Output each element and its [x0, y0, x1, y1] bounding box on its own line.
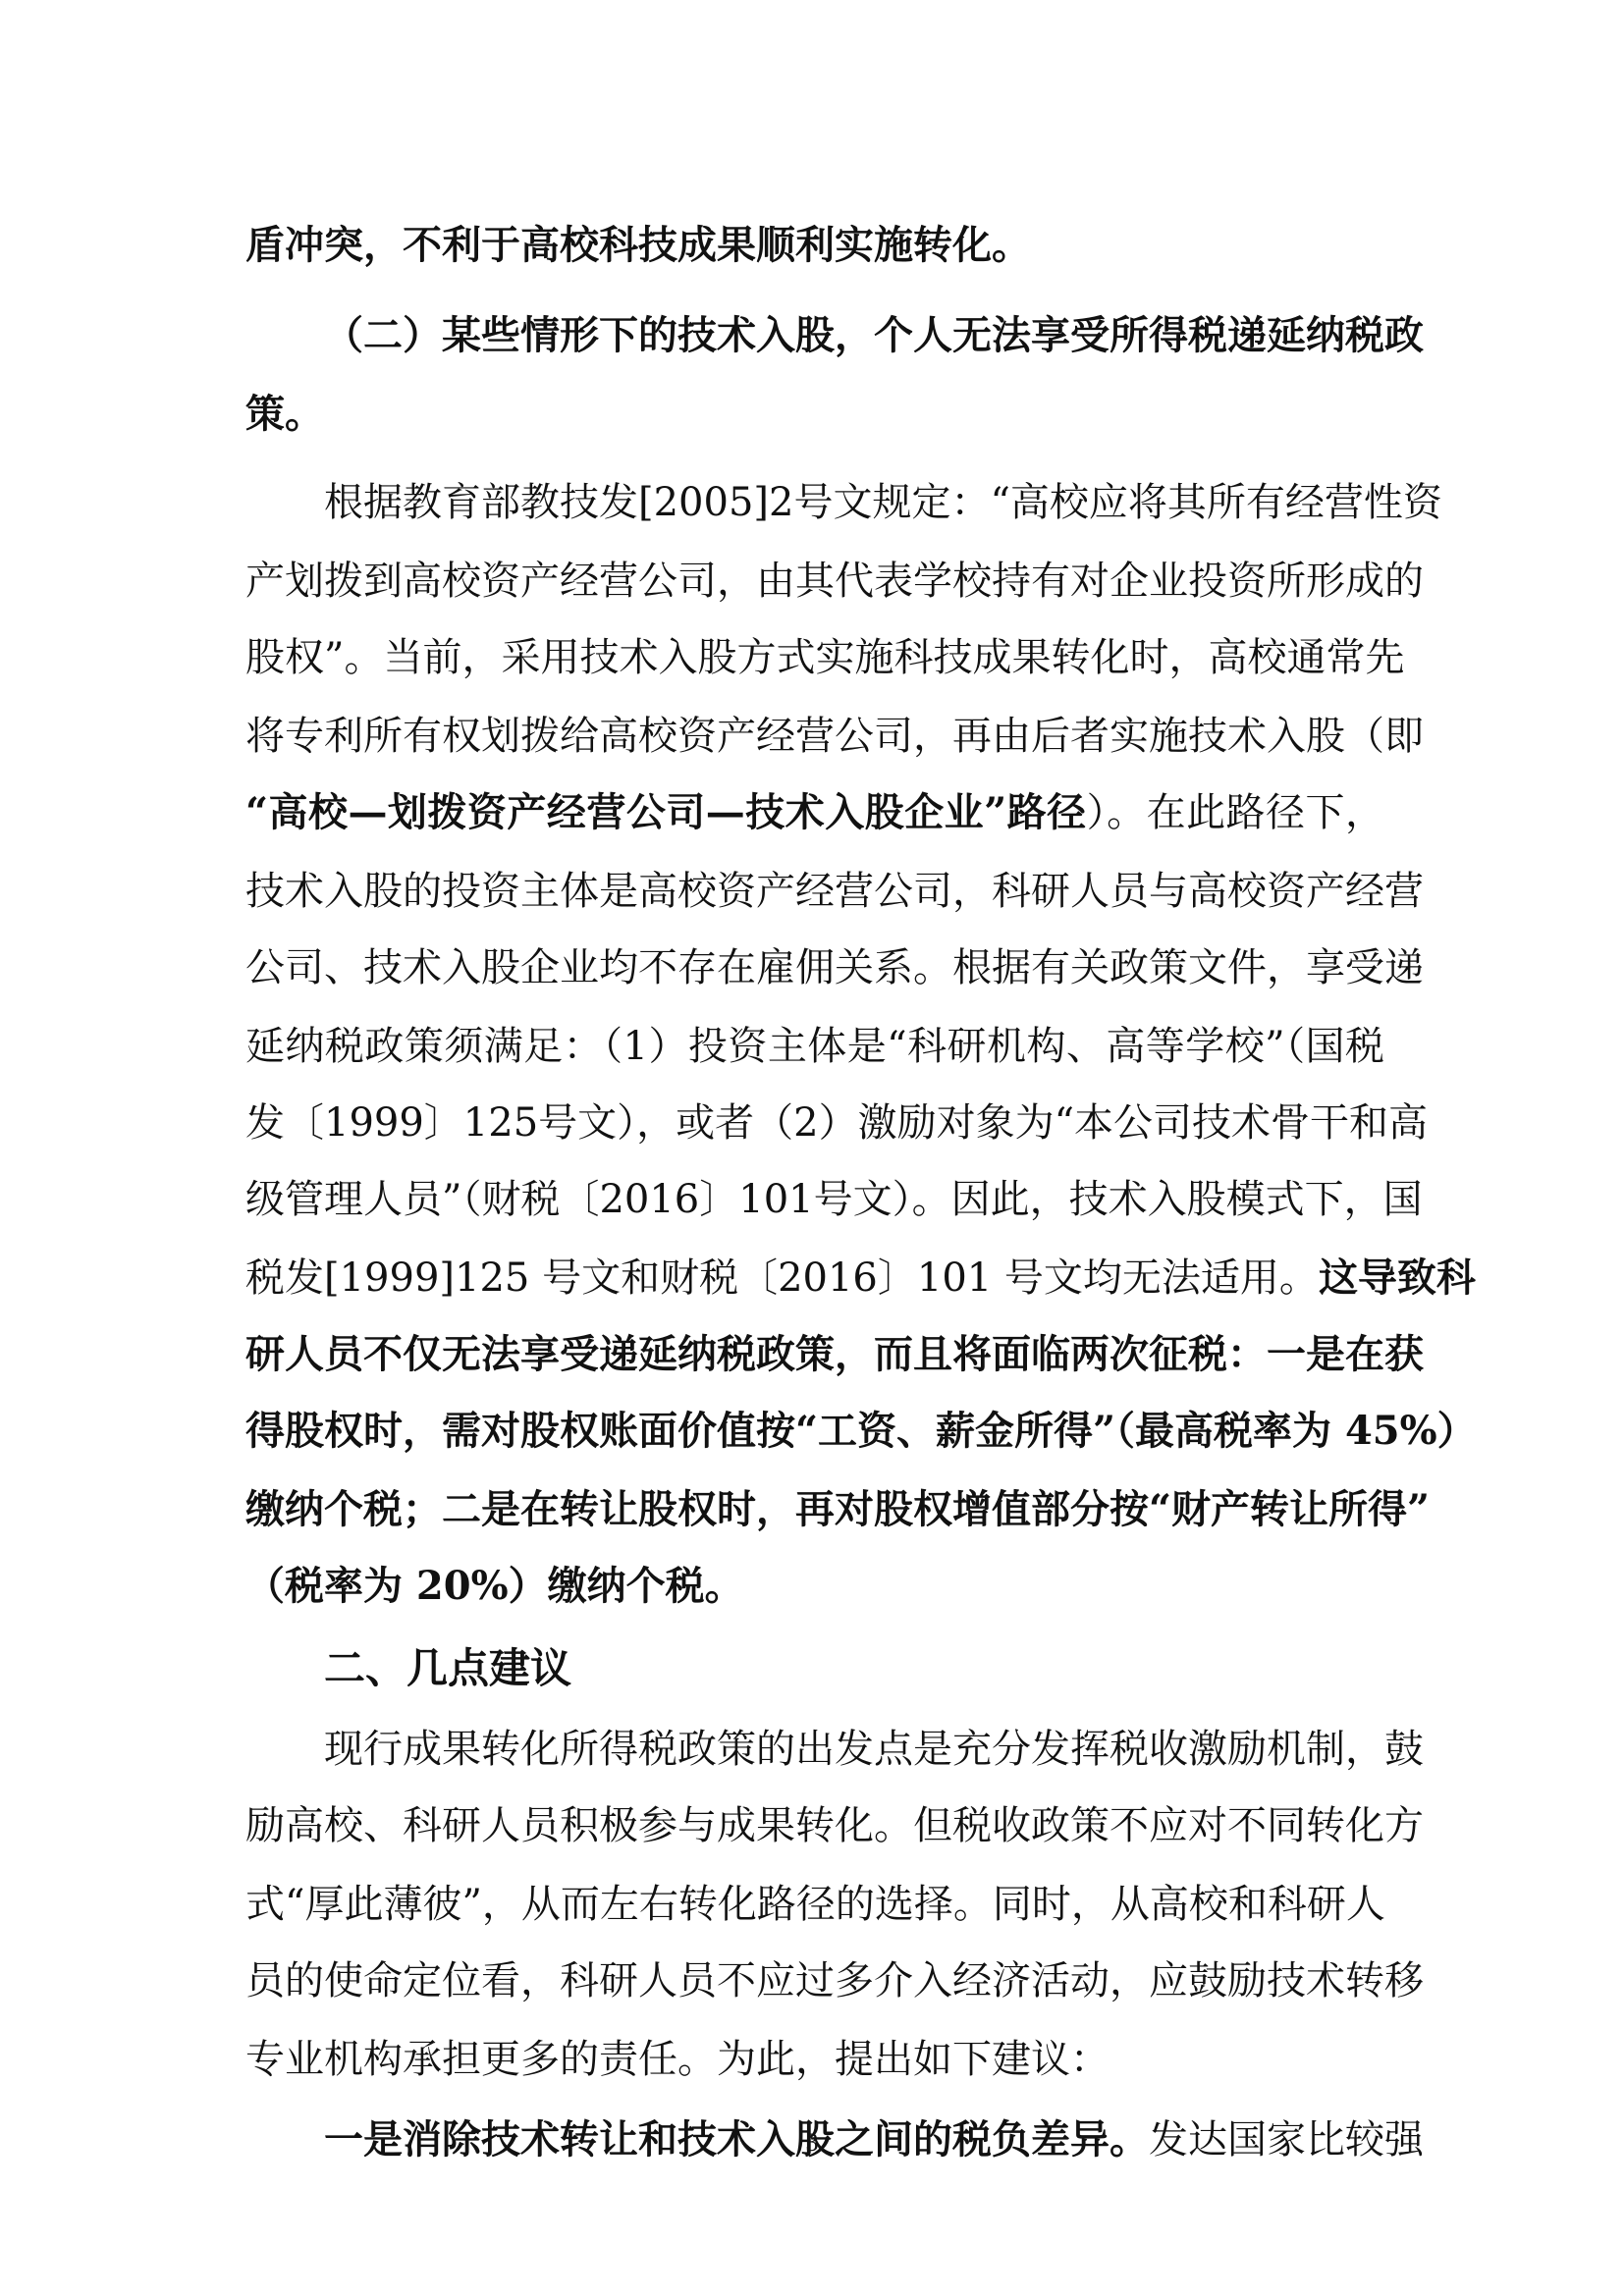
text-line: （二）某些情形下的技术入股，个人无法享受所得税递延纳税政 [324, 306, 1384, 365]
text-line: 员的使命定位看，科研人员不应过多介入经济活动，应鼓励技术转移 [245, 1951, 1384, 2010]
text-line: 盾冲突，不利于高校科技成果顺利实施转化。 [245, 216, 1384, 275]
text-line: 技术入股的投资主体是高校资产经营公司，科研人员与高校资产经营 [245, 862, 1384, 921]
text-line: 缴纳个税；二是在转让股权时，再对股权增值部分按“财产转让所得” [245, 1480, 1384, 1539]
page-number: 3 [0, 2128, 1624, 2158]
section-heading: 二、几点建议 [324, 1639, 1384, 1698]
text-line: 税发[1999]125 号文和财税〔2016〕101 号文均无法适用。这导致科 [245, 1249, 1384, 1308]
text-line: 级管理人员”（财税〔2016〕101号文）。因此，技术入股模式下，国 [245, 1170, 1384, 1229]
text-line: 励高校、科研人员积极参与成果转化。但税收政策不应对不同转化方 [245, 1796, 1384, 1855]
text-line: 根据教育部教技发[2005]2号文规定：“高校应将其所有经营性资 [324, 473, 1384, 532]
text-line: 得股权时，需对股权账面价值按“工资、薪金所得”（最高税率为 45%） [245, 1402, 1384, 1461]
text-line: 策。 [245, 385, 1384, 444]
text-line: 延纳税政策须满足：（1）投资主体是“科研机构、高等学校”（国税 [245, 1017, 1384, 1076]
document-page: 盾冲突，不利于高校科技成果顺利实施转化。（二）某些情形下的技术入股，个人无法享受… [0, 0, 1624, 2296]
text-line: 现行成果转化所得税政策的出发点是充分发挥税收激励机制，鼓 [324, 1720, 1384, 1779]
text-line: 将专利所有权划拨给高校资产经营公司，再由后者实施技术入股（即 [245, 707, 1384, 766]
text-line: 产划拨到高校资产经营公司，由其代表学校持有对企业投资所形成的 [245, 552, 1384, 611]
text-line: 式“厚此薄彼”，从而左右转化路径的选择。同时，从高校和科研人 [245, 1875, 1384, 1934]
text-line: “高校—划拨资产经营公司—技术入股企业”路径）。在此路径下， [245, 783, 1384, 842]
text-line: 股权”。当前，采用技术入股方式实施科技成果转化时，高校通常先 [245, 628, 1384, 687]
text-line: 专业机构承担更多的责任。为此，提出如下建议： [245, 2030, 1384, 2089]
text-line: 发〔1999〕125号文），或者（2）激励对象为“本公司技术骨干和高 [245, 1094, 1384, 1152]
text-line: 研人员不仅无法享受递延纳税政策，而且将面临两次征税：一是在获 [245, 1325, 1384, 1384]
text-line: （税率为 20%）缴纳个税。 [245, 1557, 1384, 1616]
text-line: 公司、技术入股企业均不存在雇佣关系。根据有关政策文件，享受递 [245, 938, 1384, 997]
